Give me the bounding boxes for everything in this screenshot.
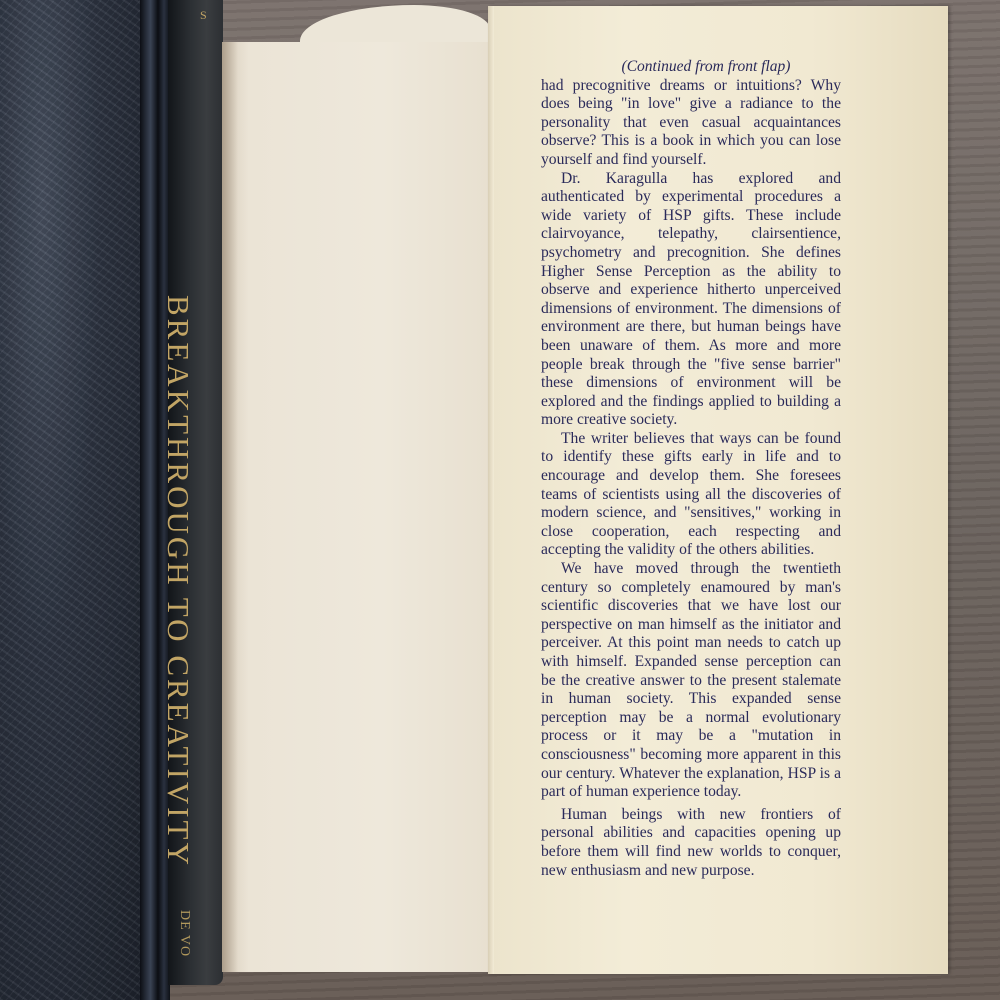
flap-paragraph: had precognitive dreams or intuitions? W… [541,77,841,170]
spine-top-mark: S [200,8,207,23]
spine-author: DE VO [176,910,192,957]
flap-paragraph: The writer believes that ways can be fou… [541,430,841,560]
dust-jacket-inner-panel [222,42,490,972]
flap-text: (Continued from front flap) had precogni… [541,58,841,880]
book-back-cover [0,0,140,1000]
flap-paragraph: Human beings with new frontiers of perso… [541,806,841,880]
spine-title: BREAKTHROUGH TO CREATIVITY [160,295,196,868]
fold-shadow [222,42,238,972]
flap-fold-edge [488,6,494,974]
flap-paragraph: Dr. Karagulla has explored and authentic… [541,170,841,430]
flap-heading: (Continued from front flap) [571,58,841,77]
flap-paragraph: We have moved through the twentieth cent… [541,560,841,802]
